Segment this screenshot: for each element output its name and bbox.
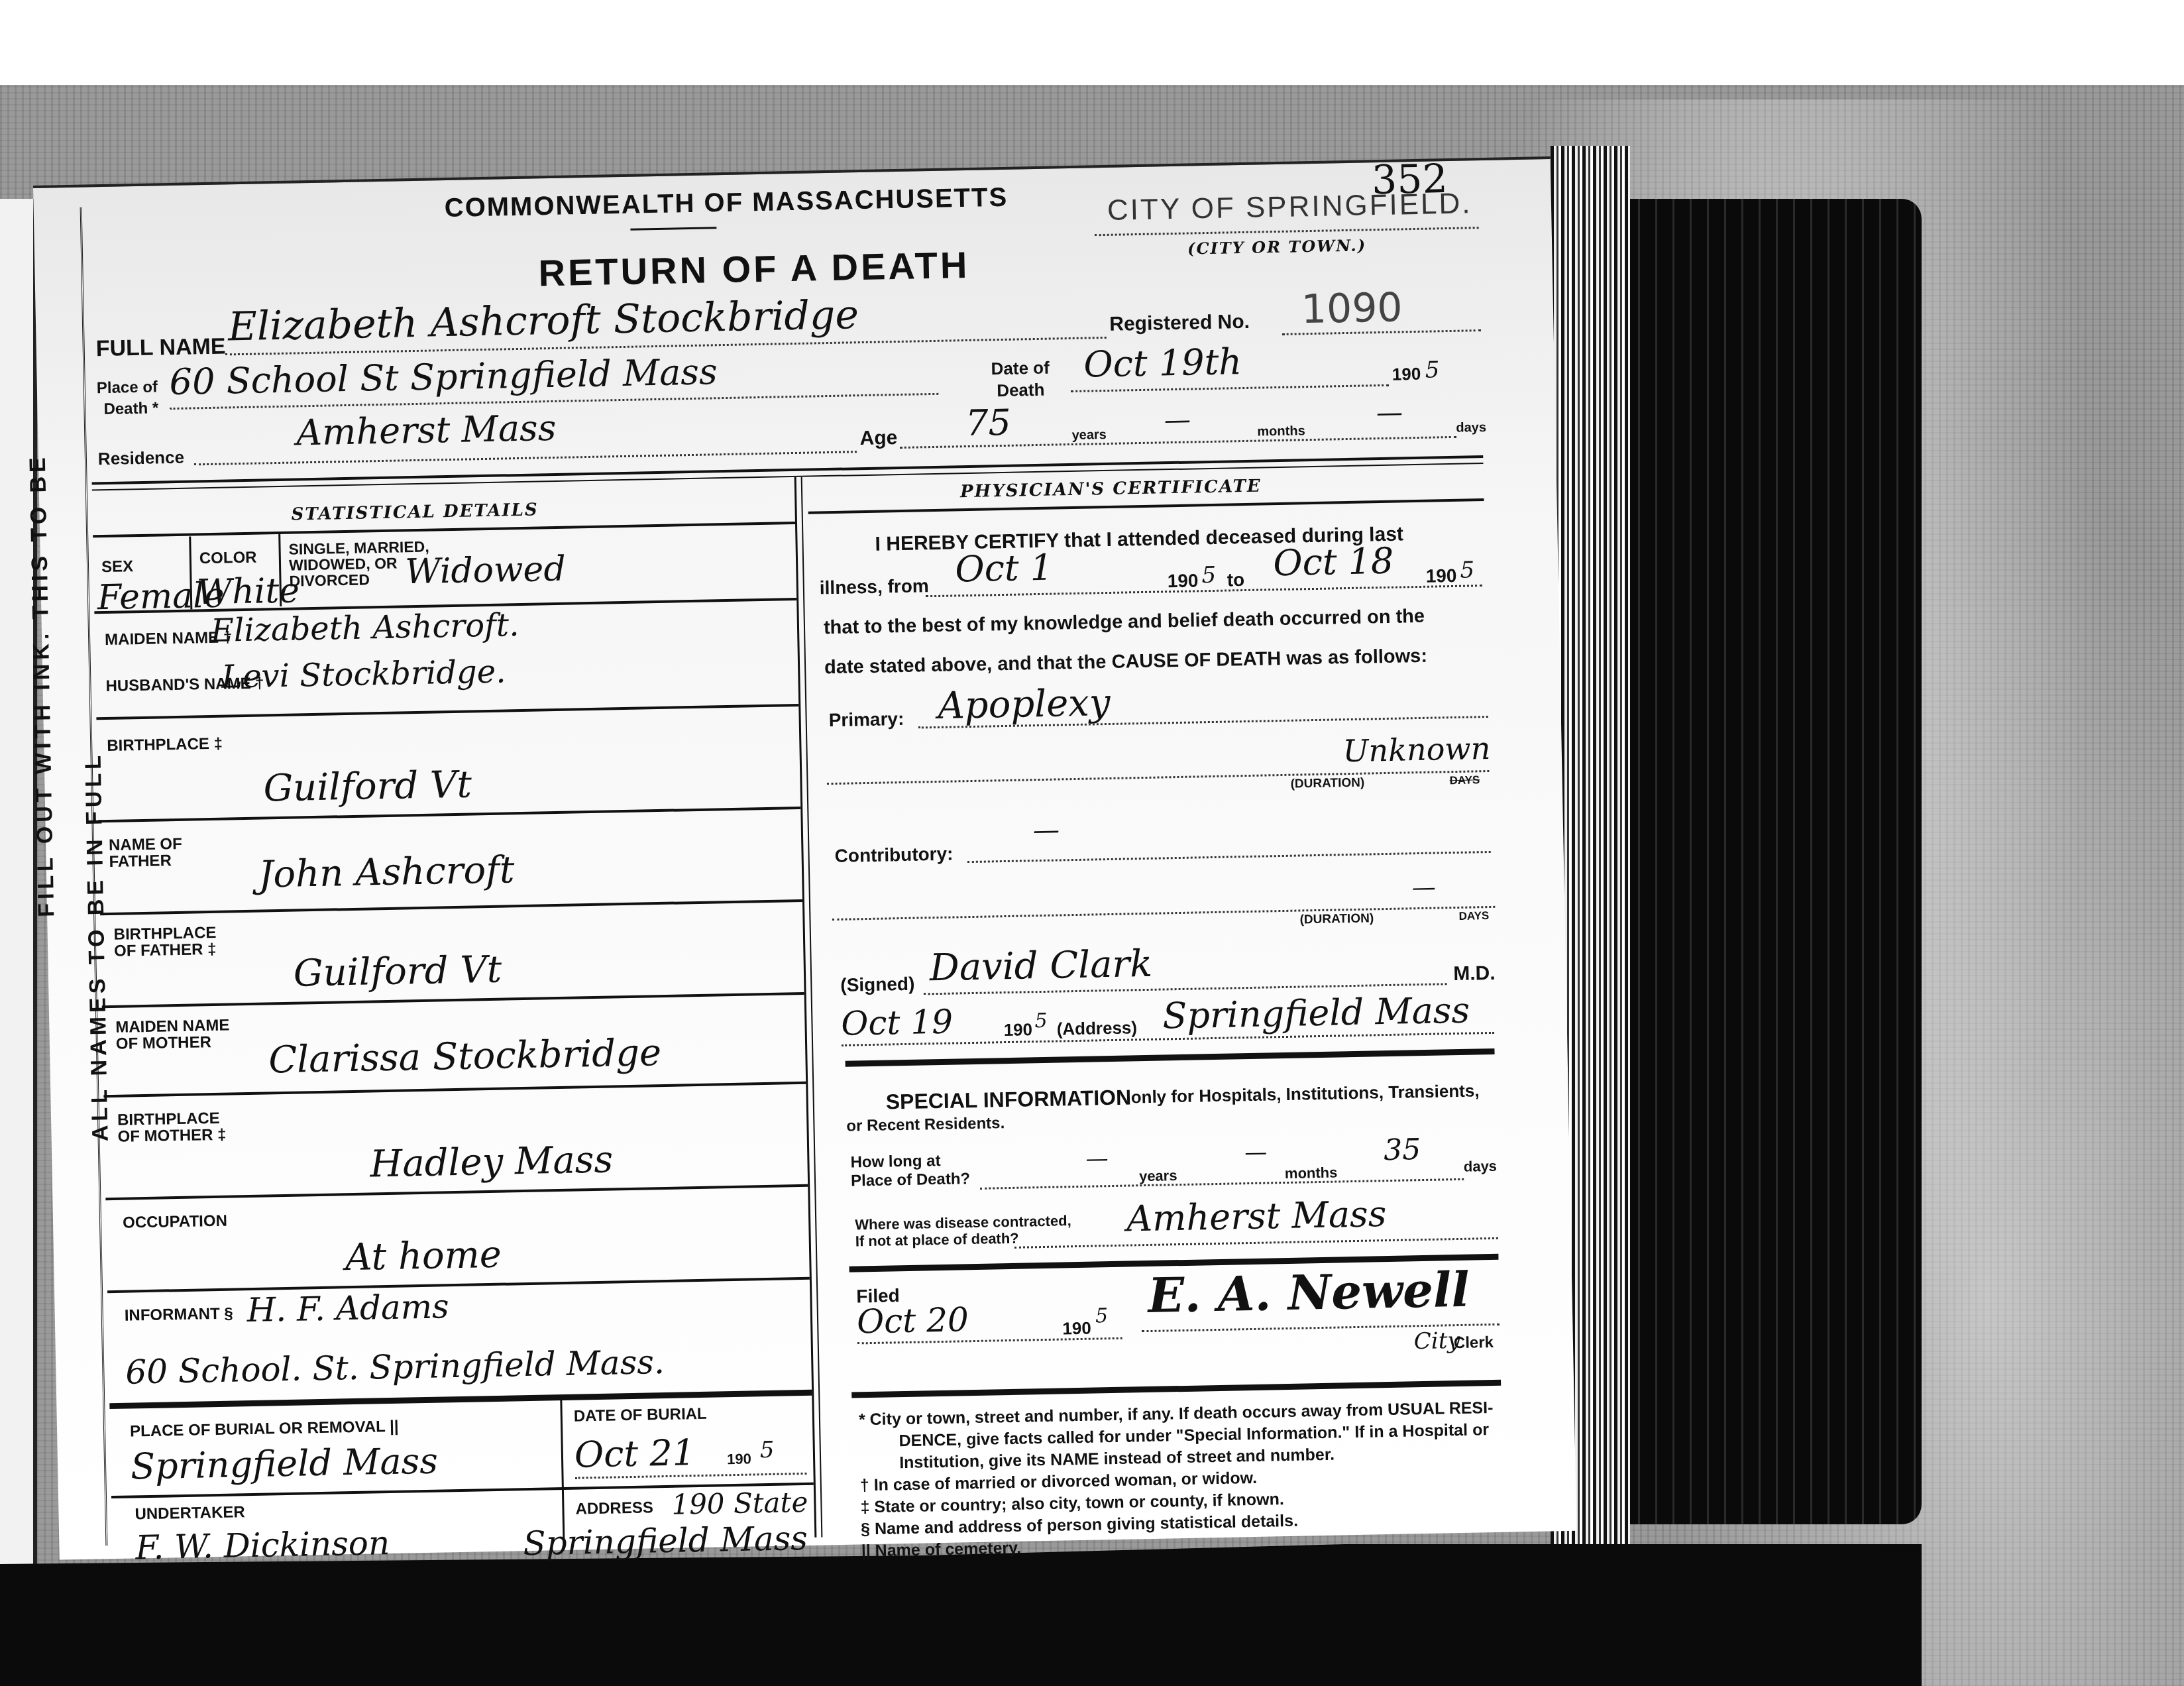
- clerk-label: Clerk: [1454, 1333, 1494, 1353]
- signed-year-prefix: 190: [1003, 1019, 1032, 1040]
- death-year-prefix: 190: [1392, 364, 1421, 385]
- illness-to-year: 5: [1460, 557, 1474, 583]
- color-value: White: [196, 571, 300, 612]
- physician-signature: David Clark: [929, 942, 1153, 989]
- how-long-label-2: Place of Death?: [851, 1170, 971, 1190]
- filed-year-prefix: 190: [1062, 1318, 1091, 1339]
- undertaker-label: UNDERTAKER: [135, 1503, 245, 1524]
- burial-date-label: DATE OF BURIAL: [574, 1405, 707, 1426]
- marital-label-2: WIDOWED, OR: [289, 555, 398, 573]
- occupation-value: At home: [345, 1233, 502, 1280]
- illness-to-label: to: [1227, 569, 1244, 591]
- how-long-days-label: days: [1464, 1158, 1498, 1176]
- date-of-death-label-2: Death: [997, 380, 1045, 401]
- occupation-label: OCCUPATION: [123, 1212, 227, 1233]
- contributory-days-label: DAYS: [1458, 909, 1489, 923]
- residence-value: Amherst Mass: [296, 407, 557, 454]
- husband-name-value: Levi Stockbridge.: [221, 653, 506, 695]
- date-of-death-label-1: Date of: [991, 358, 1050, 380]
- residence-label: Residence: [98, 447, 185, 469]
- illness-from-year: 5: [1201, 562, 1216, 589]
- md-label: M.D.: [1453, 962, 1496, 985]
- birthplace-value: Guilford Vt: [263, 763, 472, 810]
- city-clerk-signature: E. A. Newell: [1148, 1261, 1470, 1323]
- filed-year-suffix: 5: [1095, 1304, 1109, 1327]
- signed-label: (Signed): [840, 974, 915, 996]
- place-of-death-label-2: Death *: [103, 399, 158, 419]
- burial-year-suffix: 5: [759, 1437, 774, 1463]
- where-contracted-label-2: If not at place of death?: [855, 1230, 1019, 1251]
- mother-birthplace-value: Hadley Mass: [370, 1138, 614, 1186]
- father-birthplace-label-2: OF FATHER ‡: [114, 940, 217, 961]
- physician-address-value: Springfield Mass: [1162, 989, 1470, 1037]
- undertaker-address-label: ADDRESS: [575, 1498, 653, 1518]
- registered-label: Registered No.: [1109, 311, 1250, 336]
- signed-year: 5: [1034, 1009, 1048, 1033]
- scan-bottom-shadow: [0, 1544, 1922, 1686]
- how-long-label-1: How long at: [850, 1152, 940, 1172]
- how-long-months-label: months: [1285, 1164, 1338, 1182]
- footnote-cemetery: || Name of cemetery.: [861, 1537, 1021, 1563]
- ledger-cover: [1630, 199, 1922, 1524]
- maiden-name-value: Elizabeth Ashcroft.: [210, 606, 519, 649]
- how-long-years-value: —: [1085, 1145, 1109, 1172]
- registered-number: 1090: [1301, 284, 1403, 333]
- father-birthplace-value: Guilford Vt: [293, 948, 502, 995]
- mother-name-value: Clarissa Stockbridge: [268, 1031, 662, 1082]
- informant-label: INFORMANT §: [125, 1305, 234, 1325]
- age-months-value: —: [1164, 405, 1191, 436]
- contributory-value: —: [1033, 815, 1060, 846]
- scan-top-margin: [0, 0, 2184, 85]
- burial-date-value: Oct 21: [574, 1432, 695, 1475]
- primary-duration-label: (DURATION): [1290, 776, 1364, 792]
- where-contracted-value: Amherst Mass: [1126, 1193, 1387, 1240]
- sex-label: SEX: [101, 557, 134, 577]
- burial-year-prefix: 190: [727, 1451, 751, 1469]
- age-days-value: —: [1376, 397, 1403, 428]
- illness-to-value: Oct 18: [1273, 540, 1394, 584]
- age-months-label: months: [1257, 423, 1305, 439]
- burial-place-value: Springfield Mass: [131, 1440, 439, 1488]
- illness-from-year-prefix: 190: [1167, 570, 1198, 592]
- date-of-death-value: Oct 19th: [1083, 341, 1242, 386]
- how-long-months-value: —: [1244, 1139, 1268, 1166]
- father-name-value: John Ashcroft: [258, 848, 515, 896]
- undertaker-value: F. W. Dickinson: [135, 1524, 390, 1567]
- contributory-label: Contributory:: [834, 844, 953, 867]
- illness-to-year-prefix: 190: [1425, 565, 1456, 587]
- undertaker-address-line-1: 190 State: [671, 1486, 808, 1521]
- death-record-page: FILL OUT WITH INK. THIS TO BE ALL NAMES …: [33, 156, 1576, 1560]
- primary-cause-label: Primary:: [828, 708, 904, 731]
- facing-page-sliver: [0, 199, 37, 1584]
- mother-birthplace-label-2: OF MOTHER ‡: [117, 1126, 227, 1147]
- age-years-label: years: [1071, 427, 1107, 443]
- signed-date-value: Oct 19: [841, 1003, 954, 1043]
- primary-duration-days-label: DAYS: [1449, 773, 1480, 787]
- informant-name-value: H. F. Adams: [246, 1287, 449, 1329]
- city-caption: (CITY OR TOWN.): [1187, 235, 1367, 258]
- age-label: Age: [859, 427, 897, 450]
- illness-from-label: illness, from: [820, 575, 930, 598]
- illness-from-value: Oct 1: [955, 547, 1054, 590]
- birthplace-label: BIRTHPLACE ‡: [107, 735, 223, 756]
- color-label: COLOR: [199, 549, 257, 569]
- how-long-years-label: years: [1139, 1167, 1177, 1185]
- special-info-heading-line-2: or Recent Residents.: [846, 1114, 1005, 1136]
- marital-label-3: DIVORCED: [289, 571, 370, 589]
- filed-date-value: Oct 20: [857, 1300, 969, 1341]
- death-year-suffix: 5: [1425, 357, 1439, 383]
- how-long-days-value: 35: [1384, 1133, 1421, 1167]
- primary-cause-value: Apoplexy: [938, 681, 1111, 728]
- age-days-label: days: [1456, 420, 1486, 436]
- special-info-heading: SPECIAL INFORMATION: [885, 1085, 1131, 1114]
- city-stamp: CITY OF SPRINGFIELD.: [1107, 187, 1472, 227]
- full-name-label: FULL NAME: [95, 333, 226, 362]
- father-name-label-2: FATHER: [109, 852, 172, 871]
- contributory-duration-label: (DURATION): [1299, 911, 1374, 927]
- undertaker-address-line-2: Springfield Mass: [523, 1519, 808, 1563]
- place-of-death-label-1: Place of: [97, 378, 158, 398]
- contributory-duration-value: —: [1411, 874, 1436, 902]
- age-years-value: 75: [965, 402, 1012, 444]
- primary-duration-value: Unknown: [1342, 730, 1491, 769]
- mother-name-label-2: OF MOTHER: [116, 1033, 212, 1054]
- form-title: RETURN OF A DEATH: [538, 243, 970, 294]
- physician-address-label: (Address): [1056, 1017, 1137, 1039]
- marital-value: Widowed: [405, 549, 566, 592]
